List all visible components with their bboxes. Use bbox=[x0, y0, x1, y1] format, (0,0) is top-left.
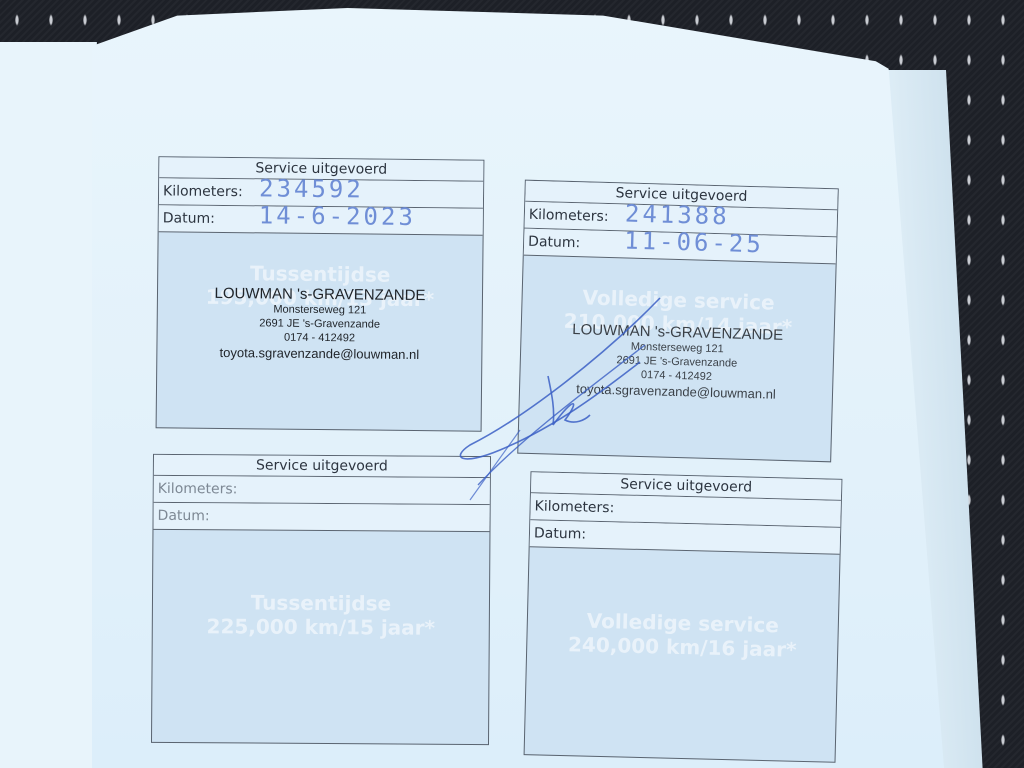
date-label: Datum: bbox=[158, 508, 210, 524]
date-row: Datum: 14-6-2023 bbox=[159, 205, 483, 235]
service-box-2: Service uitgevoerd Kilometers: 241388 Da… bbox=[517, 180, 839, 463]
dealer-stamp: LOUWMAN 's-GRAVENZANDE Monsterseweg 121 … bbox=[520, 320, 834, 406]
date-handwritten: 11-06-25 bbox=[624, 227, 764, 257]
stamp-area: Tussentijdse 225,000 km/15 jaar* bbox=[152, 530, 489, 744]
kilometers-label: Kilometers: bbox=[534, 498, 614, 516]
booklet-left-page bbox=[0, 42, 97, 768]
kilometers-label: Kilometers: bbox=[163, 183, 243, 200]
service-interval-label: Volledige service 240,000 km/16 jaar* bbox=[527, 607, 838, 663]
stamp-area: Volledige service 240,000 km/16 jaar* bbox=[525, 547, 840, 762]
service-box-1: Service uitgevoerd Kilometers: 234592 Da… bbox=[156, 156, 485, 431]
service-box-header: Service uitgevoerd bbox=[154, 455, 490, 478]
date-label: Datum: bbox=[528, 234, 581, 251]
kilometers-row: Kilometers: bbox=[154, 476, 490, 505]
kilometers-handwritten: 241388 bbox=[625, 200, 730, 229]
date-row: Datum: bbox=[153, 503, 489, 532]
service-interval-label: Tussentijdse 225,000 km/15 jaar* bbox=[153, 590, 489, 640]
date-handwritten: 14-6-2023 bbox=[259, 202, 416, 230]
dealer-email: toyota.sgravenzande@louwman.nl bbox=[157, 343, 481, 364]
stamp-area: Tussentijdse 195,000 km/13 jaar* LOUWMAN… bbox=[157, 232, 483, 430]
stamp-area: Volledige service 210,000 km/14 jaar* LO… bbox=[518, 256, 835, 462]
kilometers-label: Kilometers: bbox=[158, 481, 238, 498]
dealer-stamp: LOUWMAN 's-GRAVENZANDE Monsterseweg 121 … bbox=[157, 284, 482, 364]
service-box-3: Service uitgevoerd Kilometers: Datum: Tu… bbox=[151, 454, 491, 745]
date-label: Datum: bbox=[163, 210, 215, 227]
date-label: Datum: bbox=[534, 525, 586, 542]
service-box-4: Service uitgevoerd Kilometers: Datum: Vo… bbox=[524, 471, 843, 763]
kilometers-label: Kilometers: bbox=[529, 207, 609, 225]
kilometers-handwritten: 234592 bbox=[259, 175, 364, 202]
